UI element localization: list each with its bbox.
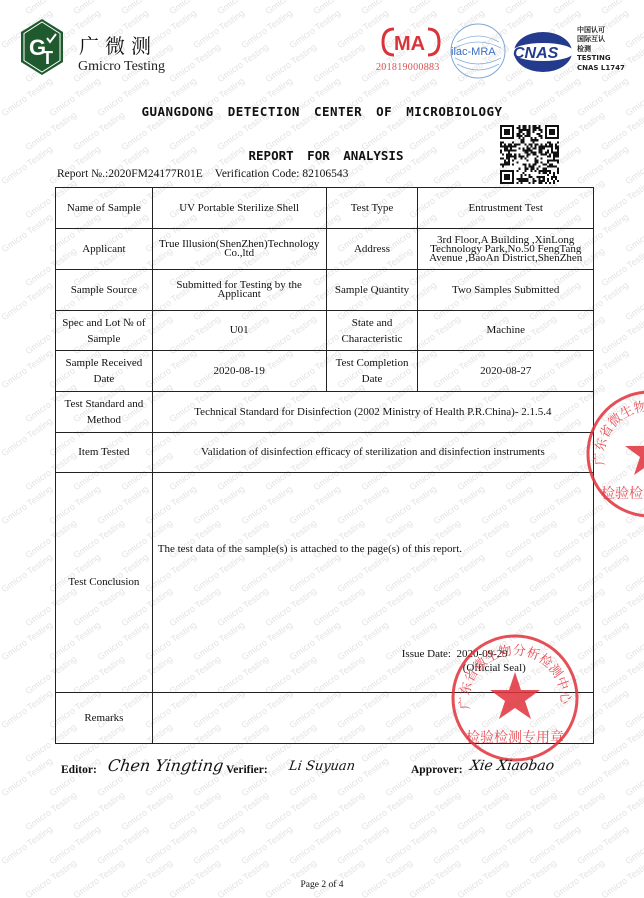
official-seal-label: (Official Seal) xyxy=(463,663,526,674)
test-type-label: Test Type xyxy=(326,188,418,229)
sample-quantity-value: Two Samples Submitted xyxy=(418,270,594,311)
name-of-sample-value: UV Portable Sterilize Shell xyxy=(152,188,326,229)
item-tested-label: Item Tested xyxy=(56,433,153,473)
state-label: State and Characteristic xyxy=(326,311,418,351)
table-row: Item Tested Validation of disinfection e… xyxy=(56,433,594,473)
report-table: Name of Sample UV Portable Sterilize She… xyxy=(55,187,594,744)
approver-label: Approver: xyxy=(411,764,463,776)
cma-logo-icon: MA xyxy=(380,26,442,58)
organization-title: GUANGDONG DETECTION CENTER OF MICROBIOLO… xyxy=(0,104,644,119)
svg-text:ilac-MRA: ilac-MRA xyxy=(451,46,496,58)
page-number: Page 2 of 4 xyxy=(0,880,644,890)
completion-date-value: 2020-08-27 xyxy=(418,351,594,392)
test-type-value: Entrustment Test xyxy=(418,188,594,229)
name-of-sample-label: Name of Sample xyxy=(56,188,153,229)
test-conclusion-text: The test data of the sample(s) is attach… xyxy=(158,544,462,555)
cnas-side-text: 中国认可 国际互认 检测 TESTING CNAS L1747 xyxy=(577,26,625,73)
sample-source-label: Sample Source xyxy=(56,270,153,311)
svg-text:MA: MA xyxy=(394,33,425,55)
table-row: Test Standard and Method Technical Stand… xyxy=(56,392,594,433)
verification-code: 82106543 xyxy=(302,168,348,180)
approver-signature: Xie Xiaobao xyxy=(469,758,555,774)
issue-date: Issue Date: 2020-09-29 xyxy=(402,649,508,660)
report-number-line: Report №.:2020FM24177R01EVerification Co… xyxy=(57,168,348,180)
sample-source-value: Submitted for Testing by the Applicant xyxy=(152,270,326,311)
svg-text:T: T xyxy=(42,48,53,68)
address-label: Address xyxy=(326,229,418,270)
sample-quantity-label: Sample Quantity xyxy=(326,270,418,311)
ilac-mra-logo-icon: ilac-MRA xyxy=(449,22,507,80)
spec-lot-value: U01 xyxy=(152,311,326,351)
test-conclusion-cell: The test data of the sample(s) is attach… xyxy=(152,473,593,693)
verifier-label: Verifier: xyxy=(226,764,268,776)
remarks-label: Remarks xyxy=(56,693,153,744)
report-number: 2020FM24177R01E xyxy=(108,168,203,180)
table-row: Spec and Lot № of Sample U01 State and C… xyxy=(56,311,594,351)
signature-row: Editor: Chen Yingting Verifier: Li Suyua… xyxy=(0,756,644,786)
table-row: Applicant True Illusion(ShenZhen)Technol… xyxy=(56,229,594,270)
editor-label: Editor: xyxy=(61,764,97,776)
test-standard-label: Test Standard and Method xyxy=(56,392,153,433)
svg-text:CNAS: CNAS xyxy=(513,45,559,62)
spec-lot-label: Spec and Lot № of Sample xyxy=(56,311,153,351)
svg-text:广东省微生物分析检测中心: 广东省微生物分析检测中心 xyxy=(593,398,644,465)
applicant-label: Applicant xyxy=(56,229,153,270)
cnas-logo-icon: CNAS xyxy=(512,30,574,74)
remarks-value xyxy=(152,693,593,744)
completion-date-label: Test Completion Date xyxy=(326,351,418,392)
verifier-signature: Li Suyuan xyxy=(288,759,356,774)
received-date-value: 2020-08-19 xyxy=(152,351,326,392)
applicant-value: True Illusion(ShenZhen)Technology Co.,lt… xyxy=(152,229,326,270)
table-row: Name of Sample UV Portable Sterilize She… xyxy=(56,188,594,229)
test-conclusion-label: Test Conclusion xyxy=(56,473,153,693)
brand-chinese-name: 广微测 xyxy=(79,30,157,59)
gmicro-logo-icon: G T xyxy=(20,18,64,76)
table-row: Remarks xyxy=(56,693,594,744)
test-standard-value: Technical Standard for Disinfection (200… xyxy=(152,392,593,433)
cma-number: 201819000883 xyxy=(376,62,440,73)
svg-text:检验检测专用章: 检验检测专用章 xyxy=(601,485,644,502)
received-date-label: Sample Received Date xyxy=(56,351,153,392)
table-row: Sample Source Submitted for Testing by t… xyxy=(56,270,594,311)
address-value: 3rd Floor,A Building ,XinLong Technology… xyxy=(418,229,594,270)
state-value: Machine xyxy=(418,311,594,351)
brand-english-name: Gmicro Testing xyxy=(78,59,165,75)
editor-signature: Chen Yingting xyxy=(107,756,225,775)
qr-code-icon[interactable] xyxy=(500,125,559,184)
table-row: Test Conclusion The test data of the sam… xyxy=(56,473,594,693)
item-tested-value: Validation of disinfection efficacy of s… xyxy=(152,433,593,473)
table-row: Sample Received Date 2020-08-19 Test Com… xyxy=(56,351,594,392)
